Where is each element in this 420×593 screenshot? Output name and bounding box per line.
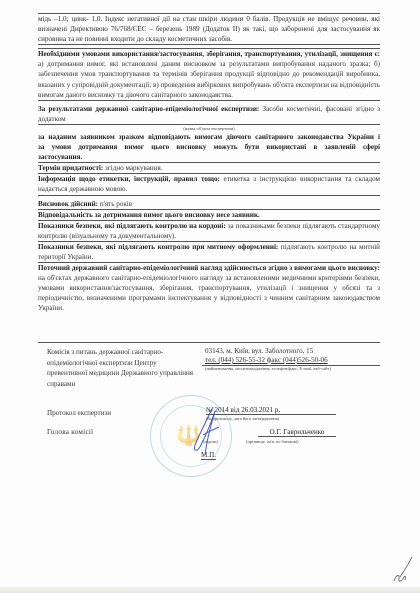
customs-control: Показники безпеки, які підлягають контро… [38,242,380,263]
commission-address: 03143, м. Київ, вул. Заболотного, 15 тел… [202,347,380,372]
results-conclusion: за наданим заявником зразком відповідают… [38,132,380,163]
head-label: Голова комісії [47,428,93,436]
validity-label: Висновок дійсний: [38,200,98,208]
supervision: Поточний державний санітарно-епідеміолог… [38,263,380,313]
head-name: О.Г. Гаврильченко [258,428,336,437]
document-page: мідь –1,0; цинк- 1,0. Індекс негативної … [0,0,420,593]
supervision-value: на об'єктах державного санітарно-епідемі… [38,274,380,312]
labeling-label: Інформація щодо етикетки, інструкцій, пр… [38,175,220,183]
customs-control-label: Показники безпеки, які підлягають контро… [38,243,278,251]
address-line-1: 03143, м. Київ, вул. Заболотного, 15 [202,347,380,356]
page-edge [0,587,420,593]
intro-paragraph: мідь –1,0; цинк- 1,0. Індекс негативної … [38,14,380,45]
results-section: За результатами державної санітарно-епід… [38,104,380,125]
conditions-section: Необхідними умовами використання/застосу… [38,48,380,100]
supervision-label: Поточний державний санітарно-епідеміолог… [38,264,380,272]
document-body: мідь –1,0; цинк- 1,0. Індекс негативної … [38,14,380,314]
intro-text: мідь –1,0; цинк- 1,0. Індекс негативної … [38,15,380,43]
border-control-label: Показники безпеки, які підлягають контро… [38,222,226,230]
divider [38,342,380,343]
responsibility: Відповідальність за дотримання вимог цьо… [38,210,380,221]
commission-name: Комісія з питань державної санітарно-епі… [47,347,197,389]
conditions-label: Необхідними умовами використання/застосу… [38,50,380,58]
validity: Висновок дійсний: п'ять років [38,199,380,210]
address-caption: (найменування, місцезнаходження, телефон… [202,366,380,372]
signature-icon [185,405,230,460]
validity-value: п'ять років [98,200,132,208]
initials-icon [390,555,414,585]
results-label: За результатами державної санітарно-епід… [38,105,259,113]
name-caption: (прізвище, ім'я, по батькові) [246,439,298,444]
shelf-life: Термін придатності: згідно маркування. [38,163,380,174]
shelf-life-label: Термін придатності: [38,164,103,172]
results-caption: (назва об'єкта експертизи) [38,125,380,132]
address-line-2: тел. (044) 526-55-32 факс (044)526-50-06 [202,356,380,366]
labeling-info: Інформація щодо етикетки, інструкцій, пр… [38,174,380,195]
border-control: Показники безпеки, які підлягають контро… [38,221,380,242]
conditions-text: а) дотримання вимог, які встановлені дан… [38,60,380,98]
protocol-label: Протокол експертизи [47,409,111,417]
shelf-life-value: згідно маркування. [103,164,162,172]
